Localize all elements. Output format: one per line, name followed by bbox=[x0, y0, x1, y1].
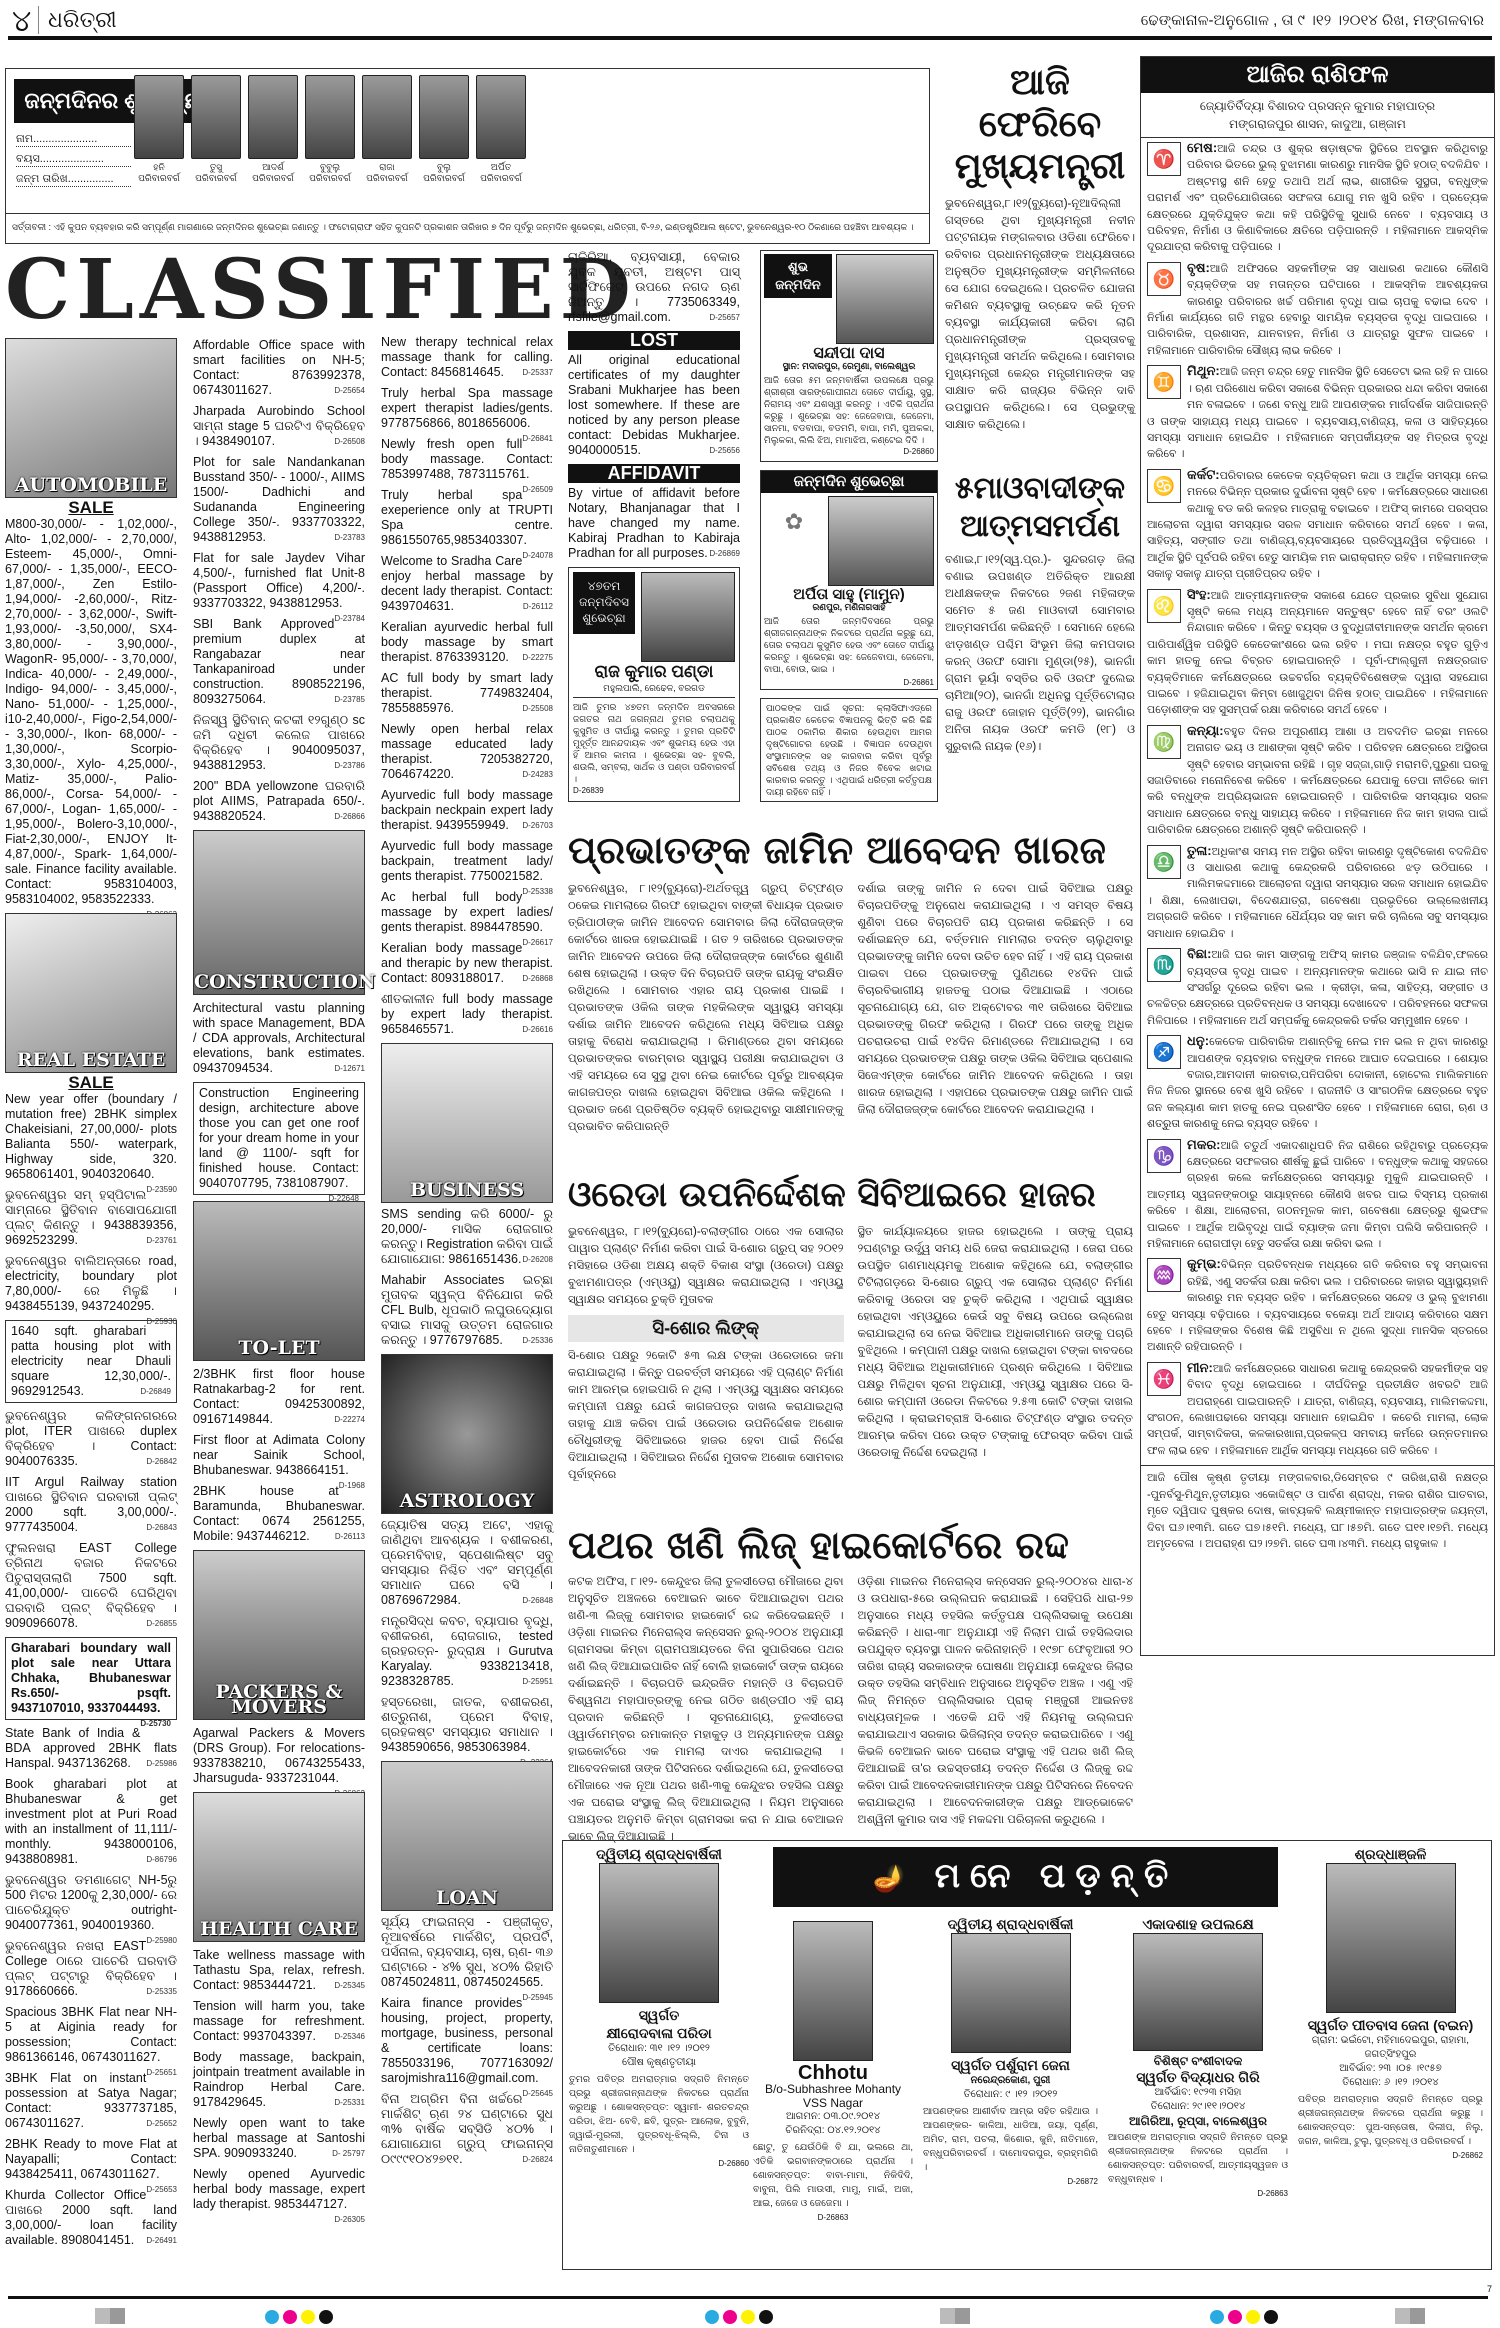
ad-code: D-26872 bbox=[923, 2175, 1098, 2189]
classified-ad: ଜ୍ୟୋତିଷ ସତ୍ୟ ଅଟେ, ଏହାକୁ ଜାଣିଥିବା ଆବଶ୍ୟକ … bbox=[381, 1518, 553, 1608]
obituary-card: ଦ୍ୱିତୀୟ ଶ୍ରାଦ୍ଧବାର୍ଷିକୀ ସ୍ୱର୍ଗତ କ୍ଷୀରୋଦବ… bbox=[569, 1845, 749, 2171]
ad-code: D-1968 bbox=[339, 1478, 365, 1493]
classified-ad: Welcome to Sradha Care enjoy herbal mass… bbox=[381, 554, 553, 614]
classified-ad: 3BHK Flat on instant possession at Satya… bbox=[5, 2071, 177, 2131]
quarry-headline: ପଥର ଖଣି ଲିଜ୍ ହାଇକୋର୍ଟରେ ରଦ୍ଦ bbox=[568, 1520, 1133, 1570]
ad-code: D-26848 bbox=[522, 1593, 553, 1608]
business-image: BUSINESS bbox=[381, 1043, 553, 1203]
ad-code: D-25657 bbox=[709, 310, 740, 325]
cm-headline: ଆଜି ଫେରିବେ ମୁଖ୍ୟମନ୍ତ୍ରୀ bbox=[945, 62, 1135, 188]
libra-icon: ♎ bbox=[1147, 845, 1181, 879]
obituary-name: Chhotu bbox=[753, 2064, 913, 2082]
obituary-prefix: ସ୍ୱର୍ଗତ bbox=[951, 2057, 991, 2073]
footer-rule bbox=[8, 2296, 1488, 2299]
aries-icon: ♈ bbox=[1147, 142, 1181, 176]
registration-marks bbox=[265, 2310, 333, 2324]
sale-heading: SALE bbox=[5, 500, 177, 515]
flower-bouquet-icon: ✿ bbox=[764, 496, 824, 586]
ad-code: D-22274 bbox=[334, 1412, 365, 1427]
prabhat-news-story: ପ୍ରଭାତଙ୍କ ଜାମିନ ଆବେଦନ ଖାରଜ ଭୁବନେଶ୍ୱର, ୮।… bbox=[568, 825, 1133, 1136]
obituary-text: ତୁମର ପବିତ୍ର ଅମରାତ୍ମାର ସଦ୍‌ଗତି ନିମନ୍ତେ ପ୍… bbox=[569, 2073, 749, 2157]
real-estate-label: REAL ESTATE bbox=[6, 1053, 176, 1068]
classified-ad: ହସ୍ତରେଖା, ଜାତକ, ବଶୀକରଣ, ଶତ୍ରୁନାଶ, ପ୍ରେମ … bbox=[381, 1695, 553, 1755]
ad-code: D-24283 bbox=[522, 767, 553, 782]
dob-field: ଜନ୍ମ ତାରିଖ............... bbox=[16, 173, 131, 187]
cyan-dot-icon bbox=[1210, 2310, 1224, 2324]
banner-title: ମନେ ପଡ଼ନ୍ତି bbox=[935, 1857, 1179, 1895]
ad-text: All original educational certificates of… bbox=[568, 353, 740, 457]
classified-ad: 200" BDA yellowzone ଘରବାରି plot AIIMS, P… bbox=[193, 779, 365, 824]
aquarius-icon: ♒ bbox=[1147, 1258, 1181, 1292]
ad-code: D-22275 bbox=[522, 650, 553, 665]
author-place: ମଙ୍ଗରାଜପୁର ଶାସନ, କାଦୁଆ, ଗଞ୍ଜାମ bbox=[1141, 115, 1494, 133]
prabhat-body-col2: ଦର୍ଶାଇ ତାଙ୍କୁ ଜାମିନ ନ ଦେବା ପାଇଁ ସିବିଆଇ ପ… bbox=[858, 881, 1134, 1136]
ad-code: D-23785 bbox=[334, 692, 365, 707]
ad-text: M800-30,000/- - 1,02,000/-, Alto- 1,02,0… bbox=[5, 517, 177, 906]
to-let-label: TO-LET bbox=[194, 1341, 364, 1356]
photo-from: ପରିବାରବର୍ଗ bbox=[419, 173, 469, 184]
obituary-name: ସ୍ୱର୍ଗତ ବିଦ୍ୟାଧର ଗିରି bbox=[1108, 2068, 1288, 2086]
obituary-dates: ତିରୋଧାନ: ୩୧ ।୧୨ ।୨୦୧୨ ପୌଷ କୃଷ୍ଣତୃତୀୟା bbox=[569, 2042, 749, 2070]
horoscope-sign: ♈ମେଷ:ଆଜି ଚନ୍ଦ୍ର ଓ ଶୁକ୍ର ଷଡ଼ାଷ୍ଟକ ସ୍ଥିତିର… bbox=[1141, 138, 1494, 258]
classified-ad: Jharpada Aurobindo School ସାମ୍ନା stage 5… bbox=[193, 404, 365, 449]
photo-name: ଅର୍ପିତ bbox=[476, 162, 526, 173]
classified-ad: 2BHK Ready to move Flat at Nayapalli; Co… bbox=[5, 2137, 177, 2182]
boxed-ad: Gharabari boundary wall plot sale near U… bbox=[5, 1637, 177, 1720]
cancer-icon: ♋ bbox=[1147, 469, 1181, 503]
classified-ad: ଭୁବନେଶ୍ୱର ବାଲିଅନ୍ତାରେ road, electricity,… bbox=[5, 1254, 177, 1314]
classified-ad: Keralian ayurvedic herbal full body mass… bbox=[381, 620, 553, 665]
obituary-place: VSS Nagar bbox=[753, 2096, 913, 2110]
black-dot-icon bbox=[319, 2310, 333, 2324]
classified-ad: Flat for sale Jaydev Vihar 4,500/-, furn… bbox=[193, 551, 365, 611]
obituary-heading: ଏକାଦଶାହ ଉପଲକ୍ଷେ bbox=[1108, 1915, 1288, 1933]
taurus-icon: ♉ bbox=[1147, 262, 1181, 296]
classified-ad: SMS sending କରି 6000/- ରୁ 20,000/- ମାସିକ… bbox=[381, 1207, 553, 1267]
real-estate-image: REAL ESTATE bbox=[5, 913, 177, 1073]
photo-from: ପରିବାରବର୍ଗ bbox=[134, 173, 184, 184]
sign-text: ଆଜି ଜନ୍ମ ଚନ୍ଦ୍ର ହେତୁ ମାନସିକ ସ୍ଥିତି ସେତେଟ… bbox=[1147, 366, 1488, 460]
ad-code: D-25337 bbox=[522, 365, 553, 380]
ad-text: Newly opened Ayurvedic herbal body massa… bbox=[193, 2167, 365, 2211]
yellow-dot-icon bbox=[741, 2310, 755, 2324]
almanac-panjika: ଆଜି ପୌଷ କୃଷ୍ଣ ତୃତୀୟା ମଙ୍ଗଳବାର,ଡିସେମ୍ବର ୯… bbox=[1141, 1465, 1494, 1554]
photo-from: ପରିବାରବର୍ଗ bbox=[191, 173, 241, 184]
obituary-card: ଶ୍ରଦ୍ଧାଞ୍ଜଳି ସ୍ୱର୍ଗତ ପୀତବାସ ଜେନା (ବଇନ) ଗ… bbox=[1298, 1845, 1483, 2163]
photo-name: ଆଦର୍ଶ bbox=[248, 162, 298, 173]
obituary-dates: ଆଗମନ: ୦୩.୦୯.୨୦୧୪ ଚିରନିଦ୍ରା: ୦୪.୧୨.୨୦୧୪ bbox=[753, 2110, 913, 2138]
photo-name: ବୁଲୁ bbox=[419, 162, 469, 173]
obituary-text: ପବିତ୍ର ଅମରାତ୍ମାର ସଦ୍‌ଗତି ନିମନ୍ତେ ପ୍ରଭୁ ଶ… bbox=[1298, 2093, 1483, 2149]
person-name: ଅର୍ପିତା ସାହୁ (ମାମୁନ) bbox=[761, 589, 937, 601]
classified-ad: AC full body by smart lady therapist. 77… bbox=[381, 671, 553, 716]
newspaper-name: ଧରିତ୍ରୀ bbox=[48, 8, 117, 33]
oreda-news-story: ଓରେଡା ଉପନିର୍ଦ୍ଦେଶକ ସିବିଆଇରେ ହାଜର ଭୁବନେଶ୍… bbox=[568, 1172, 1133, 1484]
ad-code: D-26305 bbox=[334, 2212, 365, 2227]
classified-ad: ଚାକିରିଆ, ବ୍ୟବସାୟୀ, ବେକାର ଯୁବକ ଯୁବତୀ, ଅଷ୍… bbox=[568, 250, 740, 325]
astrology-image: ASTROLOGY bbox=[381, 1354, 553, 1514]
obituary-dates: ଆବିର୍ଭାବ: ୨୩ ।୦୫ ।୧୯୫୭ ତିରୋଧାନ: ୬ ।୧୨ ।୨… bbox=[1298, 2062, 1483, 2090]
sign-text: ବହୁତ ଦିନର ଅପୂରଣୀୟ ଆଶା ଓ ଅବଦମିତ ଇଚ୍ଛା ମନର… bbox=[1147, 726, 1488, 836]
cyan-dot-icon bbox=[265, 2310, 279, 2324]
birthday-photo: ଅର୍ପିତପରିବାରବର୍ଗ bbox=[476, 75, 526, 184]
yellow-dot-icon bbox=[1246, 2310, 1260, 2324]
classified-ad: Body massage, backpain, jointpain treatm… bbox=[193, 2050, 365, 2110]
capricorn-icon: ♑ bbox=[1147, 1139, 1181, 1173]
obituary-place: ନରେନ୍ଦ୍ରକୋଣ, ପୁରୀ bbox=[923, 2074, 1098, 2088]
portrait-photo bbox=[599, 1863, 719, 2003]
affidavit-notice: By virtue of affidavit before Notary, Bh… bbox=[568, 486, 740, 561]
ad-code: D-23784 bbox=[334, 611, 365, 626]
ad-code: D-12671 bbox=[334, 1061, 365, 1076]
author-name: ଜ୍ୟୋତିର୍ବିଦ୍ୟା ବିଶାରଦ ପ୍ରସନ୍ନ କୁମାର ମହାପ… bbox=[1141, 97, 1494, 115]
portrait-photo bbox=[1326, 1863, 1456, 2013]
horoscope-panel: ଆଜିର ରାଶିଫଳ ଜ୍ୟୋତିର୍ବିଦ୍ୟା ବିଶାରଦ ପ୍ରସନ୍… bbox=[1140, 56, 1495, 1656]
classified-ad: Ayurvedic full body massage backpain, tr… bbox=[381, 839, 553, 884]
health-care-image: HEALTH CARE bbox=[193, 1792, 365, 1942]
obituary-name: ପର୍ଶୁରାମ ଜେନା bbox=[996, 2057, 1070, 2073]
gray-patch bbox=[95, 2308, 125, 2324]
classified-ad: Truly herbal spa exeperience only at TRU… bbox=[381, 488, 553, 548]
classified-ad: Truly herbal Spa massage expert therapis… bbox=[381, 386, 553, 431]
horoscope-sign: ♋କର୍କଟ:ପରିବାରର କେତେକ ବ୍ୟତିକ୍ରମ କଥା ଓ ଆର୍… bbox=[1141, 465, 1494, 585]
ad-text: ଭୁବନେଶ୍ୱର ବାଲିଅନ୍ତାରେ road, electricity,… bbox=[5, 1254, 177, 1313]
sagittarius-icon: ♐ bbox=[1147, 1035, 1181, 1069]
business-label: BUSINESS bbox=[382, 1183, 552, 1198]
sign-name: ଧନୁ: bbox=[1187, 1033, 1209, 1048]
photo-name: ରାଜା bbox=[362, 162, 412, 173]
classified-column-3: New therapy technical relax massage than… bbox=[381, 335, 553, 2173]
classified-ad: Khurda Collector Office ପାଖରେ 2000 sqft.… bbox=[5, 2188, 177, 2248]
horoscope-sign: ♉ବୃଷ:ଆଜି ଅଫିସରେ ସହକର୍ମୀଙ୍କ ସହ ସାଧାରଣ କଥା… bbox=[1141, 258, 1494, 361]
quarry-body-col2: ଓଡ଼ିଶା ମାଇନର ମିନେରାଲ୍‌ସ କନ୍‌ସେସନ ରୁଲ୍-୨୦… bbox=[858, 1574, 1134, 1846]
obituary-card: Chhotu B/o-Subhashree Mohanty VSS Nagar … bbox=[753, 1921, 913, 2225]
black-dot-icon bbox=[759, 2310, 773, 2324]
maoists-body: ବଣାଇ,୮।୧୨(ସ୍ୱ.ପ୍ର.)- ସୁନ୍ଦରଗଡ଼ ଜିଲା ବଣାଇ… bbox=[945, 552, 1135, 756]
obituary-prefix: ସ୍ୱର୍ଗତ bbox=[569, 2006, 749, 2024]
obituary-name: କ୍ଷୀରୋଦବାଳା ପରିଡା bbox=[569, 2024, 749, 2042]
photo-from: ପରିବାରବର୍ଗ bbox=[476, 173, 526, 184]
sign-name: ମିଥୁନ: bbox=[1187, 363, 1220, 378]
ad-text: ସୂର୍ଯ୍ୟ ଫାଇନାନ୍ସ - ପଞ୍ଜୀକୃତ, ନୂଆବର୍ଷରେ ମ… bbox=[381, 1915, 553, 1989]
virgo-icon: ♍ bbox=[1147, 725, 1181, 759]
loan-label: LOAN bbox=[382, 1891, 552, 1906]
automobile-image: AUTOMOBILE bbox=[5, 338, 177, 498]
coupon-terms: ସର୍ତ୍ତାବଳୀ : ଏହି କୁପନ ବ୍ୟବହାର କରି ସମ୍ପୂର… bbox=[6, 213, 929, 243]
photo-from: ପରିବାରବର୍ଗ bbox=[305, 173, 355, 184]
classified-ad: Book gharabari plot at Bhubaneswar & get… bbox=[5, 1777, 177, 1867]
ad-code: D-86796 bbox=[146, 1852, 177, 1867]
obituary-heading: ଦ୍ୱିତୀୟ ଶ୍ରାଦ୍ଧବାର୍ଷିକୀ bbox=[923, 1915, 1098, 1933]
classified-ad: New year offer (boundary / mutation free… bbox=[5, 1092, 177, 1182]
portrait-photo bbox=[1133, 1933, 1263, 2051]
ad-code: D-25335 bbox=[146, 1984, 177, 1999]
gray-patch bbox=[1395, 2308, 1425, 2324]
page-header: ୪ ଧରିତ୍ରୀ ଢେଙ୍କାନାଳ-ଅନୁଗୋଳ , ତା ୯ ।୧୨ ।୨… bbox=[8, 0, 1492, 40]
birthday-photo: ରାଜାପରିବାରବର୍ଗ bbox=[362, 75, 412, 184]
classified-ad: Mahabir Associates ଇଚ୍ଛା ମୁତାବକ ସ୍ୱଳ୍ପ ବ… bbox=[381, 1273, 553, 1348]
ad-text: New year offer (boundary / mutation free… bbox=[5, 1092, 177, 1181]
ad-code: D-26842 bbox=[146, 1454, 177, 1469]
greeting-text: ଆଜି ତୋର ୫ମ ଜନ୍ମବାର୍ଷିକୀ ଉପଲକ୍ଷେ ପ୍ରଭୁ ଶ୍… bbox=[764, 374, 934, 446]
affidavit-heading: AFFIDAVIT bbox=[568, 464, 740, 483]
ad-code: D-26841 bbox=[522, 431, 553, 446]
sign-text: ଆଜି କର୍ମକ୍ଷେତ୍ରରେ ସାଧାରଣ କଥାକୁ କେନ୍ଦ୍ରକର… bbox=[1147, 1363, 1488, 1457]
oil-lamp-icon: 🪔 bbox=[873, 1863, 915, 1893]
person-place: ମହୁଲପାଲି, ରେଢେଳ, ବରଗଡ bbox=[573, 682, 735, 694]
ad-code: D-23786 bbox=[334, 758, 365, 773]
greetings-column: ଶୁଭ ଜନ୍ମଦିନ ସନ୍ଦୀପା ଦାସ ସ୍ଥାନ: ମଦାରପୁର, … bbox=[760, 250, 938, 802]
classified-ad: Tension will harm you, take massage for … bbox=[193, 1999, 365, 2044]
sign-name: କନ୍ୟା: bbox=[1187, 723, 1224, 738]
lost-notice: All original educational certificates of… bbox=[568, 353, 740, 458]
ad-code: D-25945 bbox=[522, 1990, 553, 2005]
loan-image: LOAN bbox=[381, 1761, 553, 1911]
horoscope-sign: ♓ମୀନ:ଆଜି କର୍ମକ୍ଷେତ୍ରରେ ସାଧାରଣ କଥାକୁ କେନ୍… bbox=[1141, 1358, 1494, 1461]
ad-code: D- 25797 bbox=[332, 2146, 365, 2161]
ad-text: Agarwal Packers & Movers (DRS Group). Fo… bbox=[193, 1726, 365, 1785]
astrology-label: ASTROLOGY bbox=[382, 1494, 552, 1509]
obituary-dates: ତିରୋଧାନ: ୯ ।୧୨ ।୨୦୧୨ bbox=[923, 2088, 1098, 2102]
ad-code: D-26617 bbox=[522, 935, 553, 950]
folio-number: 7 bbox=[1487, 2284, 1492, 2294]
ad-text: Flat for sale Jaydev Vihar 4,500/-, furn… bbox=[193, 551, 365, 610]
classified-ad: 2BHK house at Baramunda, Bhubaneswar. Co… bbox=[193, 1484, 365, 1544]
automobile-label: AUTOMOBILE bbox=[6, 478, 176, 493]
greeting-text: ଆଜି ତୁମର ୪୭ତମ ଜନ୍ମଦିନ ଅବସରରେ ଜଗତର ନାଥ ଜଗ… bbox=[573, 697, 735, 785]
ad-code: D-26868 bbox=[522, 971, 553, 986]
oreda-body-col1a: ଭୁବନେଶ୍ୱର, ୮।୧୨(ବ୍ୟୁରୋ)-ବଲାଙ୍ଗୀର ଠାରେ ଏକ… bbox=[568, 1224, 844, 1309]
maoists-news-story: ୫ମାଓବାଦୀଙ୍କ ଆତ୍ମସମର୍ପଣ ବଣାଇ,୮।୧୨(ସ୍ୱ.ପ୍ର… bbox=[945, 470, 1135, 756]
pisces-icon: ♓ bbox=[1147, 1362, 1181, 1396]
construction-image: CONSTRUCTION bbox=[193, 830, 365, 995]
ad-code: D-26869 bbox=[709, 546, 740, 561]
sign-name: କର୍କଟ: bbox=[1187, 467, 1220, 482]
construction-label: CONSTRUCTION bbox=[194, 975, 364, 990]
classified-ad: ଭୁବନେଶ୍ୱର କଳିଙ୍ଗନଗରରେ plot, ITER ପାଖରେ d… bbox=[5, 1409, 177, 1469]
classified-ad: ନିଜସ୍ୱ ସ୍ଥିତିବାନ୍ କଟକୀ ୧୨ଗୁଣ୍ଠ sc ଜମି ଦଧ… bbox=[193, 713, 365, 773]
ad-code: D-25331 bbox=[334, 2095, 365, 2110]
birthday-coupon: ଜନ୍ମଦିନର ଶୁଭେଚ୍ଛା ନାମ...................… bbox=[5, 68, 930, 244]
birthday-photo: ବୁବୁଲୁପରିବାରବର୍ଗ bbox=[305, 75, 355, 184]
classified-ad: First floor at Adimata Colony near Saini… bbox=[193, 1433, 365, 1478]
classified-ad: Kaira finance provides housing, project,… bbox=[381, 1996, 553, 2086]
classified-ad: Affordable Office space with smart facil… bbox=[193, 338, 365, 398]
quarry-news-story: ପଥର ଖଣି ଲିଜ୍ ହାଇକୋର୍ଟରେ ରଦ୍ଦ କଟକ ଅଫିସ, ୮… bbox=[568, 1520, 1133, 1846]
classified-ad: State Bank of India & BDA approved 2BHK … bbox=[5, 1726, 177, 1771]
portrait-photo bbox=[641, 572, 735, 662]
ad-code: D-25951 bbox=[522, 1674, 553, 1689]
person-place: ସ୍ଥାନ: ମଦାରପୁର, ରେମୁଣା, ବାଲେଶ୍ୱର bbox=[764, 360, 934, 372]
birthday-photo: ତୁସୁପରିବାରବର୍ଗ bbox=[191, 75, 241, 184]
obituary-place: ଗ୍ରାମ: ଭଇଁଟୋ, ମହିମାଦେଇପୁର, ରାହାମା, ଜଗତ୍‌… bbox=[1298, 2034, 1483, 2062]
portrait-photo bbox=[419, 75, 469, 159]
ad-code: D-26703 bbox=[522, 818, 553, 833]
ad-code: D-26861 bbox=[761, 677, 937, 689]
maoists-headline: ୫ମାଓବାଦୀଙ୍କ ଆତ୍ମସମର୍ପଣ bbox=[945, 470, 1135, 546]
sign-text: କେତେକ ପାରିବାରିକ ଅଶାନ୍ତିକୁ ନେଇ ମନ ଭଲ ନ ଥି… bbox=[1147, 1036, 1488, 1130]
photo-name: ହନି bbox=[134, 162, 184, 173]
portrait-photo bbox=[248, 75, 298, 159]
magenta-dot-icon bbox=[283, 2310, 297, 2324]
cyan-dot-icon bbox=[705, 2310, 719, 2324]
ad-code: D-26866 bbox=[334, 809, 365, 824]
portrait-photo bbox=[191, 75, 241, 159]
obituary-card: ଏକାଦଶାହ ଉପଲକ୍ଷେ ବିଶିଷ୍ଟ ବଂଶୀବାଦକ ସ୍ୱର୍ଗତ… bbox=[1108, 1915, 1288, 2201]
ad-code: D-26616 bbox=[522, 1022, 553, 1037]
sign-text: ଆଜି ଚନ୍ଦ୍ର ଓ ଶୁକ୍ର ଷଡ଼ାଷ୍ଟକ ସ୍ଥିତିରେ ଅବସ… bbox=[1147, 143, 1488, 253]
ad-text: Truly herbal Spa massage expert therapis… bbox=[381, 386, 553, 430]
classified-ad: ସୂର୍ଯ୍ୟ ଫାଇନାନ୍ସ - ପଞ୍ଜୀକୃତ, ନୂଆବର୍ଷରେ ମ… bbox=[381, 1915, 553, 1990]
ad-code: D-25653 bbox=[146, 2182, 177, 2197]
classified-ad: Newly open herbal relax massage educated… bbox=[381, 722, 553, 782]
sign-name: ତୁଳା: bbox=[1187, 843, 1212, 858]
gray-patch bbox=[940, 2308, 970, 2324]
obituary-card: ଦ୍ୱିତୀୟ ଶ୍ରାଦ୍ଧବାର୍ଷିକୀ ସ୍ୱର୍ଗତ ପର୍ଶୁରାମ… bbox=[923, 1915, 1098, 2189]
cm-body: ଭୁବନେଶ୍ୱର,୮।୧୨(ବ୍ୟୁରୋ)-ନୂଆଦିଲ୍ଲୀ ଗସ୍ତରେ … bbox=[945, 196, 1135, 434]
ad-code: D-26855 bbox=[146, 1616, 177, 1631]
gemini-icon: ♊ bbox=[1147, 365, 1181, 399]
horoscope-sign: ♐ଧନୁ:କେତେକ ପାରିବାରିକ ଅଶାନ୍ତିକୁ ନେଇ ମନ ଭଲ… bbox=[1141, 1031, 1494, 1134]
ad-code: D-25986 bbox=[146, 1756, 177, 1771]
leo-icon: ♌ bbox=[1147, 589, 1181, 623]
portrait-photo bbox=[793, 1921, 873, 2061]
ad-code: D-25336 bbox=[522, 1333, 553, 1348]
classified-ad: Agarwal Packers & Movers (DRS Group). Fo… bbox=[193, 1726, 365, 1786]
photo-from: ପରିବାରବର୍ଗ bbox=[362, 173, 412, 184]
photo-from: ପରିବାରବର୍ଗ bbox=[248, 173, 298, 184]
name-field: ନାମ..................... bbox=[16, 133, 131, 147]
sign-name: ବିଛା: bbox=[1187, 946, 1211, 961]
ad-code: D-26849 bbox=[140, 1384, 171, 1399]
ad-text: Gharabari boundary wall plot sale near U… bbox=[11, 1641, 171, 1715]
header-divider bbox=[38, 6, 39, 34]
obituary-text: ଆପଣଙ୍କ ଅମରାତ୍ମାର ସଦ୍‌ଗତି ନିମନ୍ତେ ପ୍ରଭୁ ଶ… bbox=[1108, 2131, 1288, 2187]
ad-code: D-26862 bbox=[1298, 2149, 1483, 2163]
birthday-photo: ହନିପରିବାରବର୍ଗ bbox=[134, 75, 184, 184]
ad-code: D-26112 bbox=[523, 599, 553, 614]
portrait-photo bbox=[951, 1933, 1071, 2053]
classified-ad: ମନ୍ତ୍ରସିଦ୍ଧ କବଚ, ବ୍ୟାପାର ବୃଦ୍ଧି, ବଶୀକରଣ,… bbox=[381, 1614, 553, 1689]
ad-text: Ayurvedic full body massage backpain, tr… bbox=[381, 839, 553, 883]
classified-ad: Plot for sale Nandankanan Busstand 350/-… bbox=[193, 455, 365, 545]
photo-name: ତୁସୁ bbox=[191, 162, 241, 173]
birthday-photos: ହନିପରିବାରବର୍ଗ ତୁସୁପରିବାରବର୍ଗ ଆଦର୍ଶପରିବାର… bbox=[134, 75, 526, 184]
ad-code: D-26508 bbox=[334, 434, 365, 449]
boxed-ad: Construction Engineering design, archite… bbox=[193, 1082, 365, 1195]
classified-column-1: AUTOMOBILE SALE M800-30,000/- - 1,02,000… bbox=[5, 338, 177, 2254]
obituaries-section: 🪔 ମନେ ପଡ଼ନ୍ତି ଦ୍ୱିତୀୟ ଶ୍ରାଦ୍ଧବାର୍ଷିକୀ ସ୍… bbox=[562, 1840, 1492, 2270]
ad-code: D-26509 bbox=[522, 482, 553, 497]
sign-text: ଆଜି ଆତ୍ମୀୟମାନଙ୍କ ସକାଶେ ଯେତେ ପ୍ରକାର ସୁବିଧ… bbox=[1147, 590, 1488, 717]
ad-code: D-26843 bbox=[146, 1520, 177, 1535]
birthday-greeting-card: ୪୭ତମ ଜନ୍ମଦିବସ ଶୁଭେଚ୍ଛା ରାଜ କୁମାର ପଣ୍ଡା ମ… bbox=[568, 567, 740, 802]
oreda-body-col1b: ସି-ଶୋର ପକ୍ଷରୁ ୨କୋଟି ୫୩ ଲକ୍ଷ ଟଙ୍କା ଓରେଡାର… bbox=[568, 1348, 844, 1484]
portrait-photo bbox=[828, 496, 934, 586]
classified-ad: ଭୁବନେଶ୍ୱର ସମ୍ ହସ୍ପିଟାଲ ସାମ୍ନାରେ ସ୍ଥିତିବା… bbox=[5, 1188, 177, 1248]
portrait-photo bbox=[362, 75, 412, 159]
birthday-photo: ଆଦର୍ଶପରିବାରବର୍ଗ bbox=[248, 75, 298, 184]
ad-text: ହସ୍ତରେଖା, ଜାତକ, ବଶୀକରଣ, ଶତ୍ରୁନାଶ, ପ୍ରେମ … bbox=[381, 1695, 553, 1754]
obituary-name: ସ୍ୱର୍ଗତ ପୀତବାସ ଜେନା (ବଇନ) bbox=[1298, 2016, 1483, 2034]
classified-ad: Newly opened Ayurvedic herbal body massa… bbox=[193, 2167, 365, 2212]
sign-text: ଆଜି ଅଫିସରେ ସହକର୍ମୀଙ୍କ ସହ ସାଧାରଣ କଥାରେ କୌ… bbox=[1147, 263, 1488, 357]
horoscope-author: ଜ୍ୟୋତିର୍ବିଦ୍ୟା ବିଶାରଦ ପ୍ରସନ୍ନ କୁମାର ମହାପ… bbox=[1141, 93, 1494, 138]
sign-text: ପରିବାରର କେତେକ ବ୍ୟତିକ୍ରମ କଥା ଓ ଆର୍ଥିକ ସମସ… bbox=[1147, 470, 1488, 580]
arpita-birthday-card: ଜନ୍ମଦିନ ଶୁଭେଚ୍ଛା ✿ ଅର୍ପିତା ସାହୁ (ମାମୁନ) … bbox=[760, 470, 938, 690]
classified-ad: ଶୀତକାଳୀନ full body massage by expert lad… bbox=[381, 992, 553, 1037]
to-let-image: TO-LET bbox=[193, 1201, 365, 1361]
ad-code: D-25652 bbox=[146, 2116, 177, 2131]
lost-heading: LOST bbox=[568, 331, 740, 350]
automobile-ad: M800-30,000/- - 1,02,000/-, Alto- 1,02,0… bbox=[5, 517, 177, 907]
ad-code: D-25730 bbox=[140, 1716, 171, 1731]
classified-ad: Ayurvedic full body massage backpain nec… bbox=[381, 788, 553, 833]
classified-ad: Newly open want to take herbal massage a… bbox=[193, 2116, 365, 2161]
greeting-tag: ୪୭ତମ ଜନ୍ମଦିବସ ଶୁଭେଚ୍ଛା bbox=[573, 572, 635, 634]
ad-code: D-26860 bbox=[764, 446, 934, 458]
classified-column-4: ଚାକିରିଆ, ବ୍ୟବସାୟୀ, ବେକାର ଯୁବକ ଯୁବତୀ, ଅଷ୍… bbox=[568, 250, 740, 802]
horoscope-sign: ♑ମକର:ଆଜି ଚତୁର୍ଥ ଏକାଦଶାଧିପତି ନିଜ ରାଶିରେ ର… bbox=[1141, 1135, 1494, 1255]
person-name: ରାଜ କୁମାର ପଣ୍ଡା bbox=[573, 666, 735, 678]
obituary-heading: ଦ୍ୱିତୀୟ ଶ୍ରାଦ୍ଧବାର୍ଷିକୀ bbox=[569, 1845, 749, 1863]
obituary-heading: ଶ୍ରଦ୍ଧାଞ୍ଜଳି bbox=[1298, 1845, 1483, 1863]
packers-label: PACKERS & MOVERS bbox=[194, 1685, 364, 1715]
greeting-tag: ଜନ୍ମଦିନ ଶୁଭେଚ୍ଛା bbox=[761, 471, 937, 493]
oreda-subhead: ସି-ଶୋର ଲିଙ୍କ୍ bbox=[568, 1315, 844, 1342]
sign-name: ବୃଷ: bbox=[1187, 260, 1210, 275]
obituary-place: ଆଗିରିଆ, ରୂପ୍ସା, ବାଲେଶ୍ୱର bbox=[1108, 2114, 1288, 2128]
ad-code: D-25508 bbox=[522, 701, 553, 716]
portrait-photo bbox=[476, 75, 526, 159]
obituary-dates: ଆର୍ବିର୍ଭାବ: ୧୯୨୩ ମସିହା ତିରୋଧାନ: ୨୯।୧୧।୨୦… bbox=[1108, 2086, 1288, 2114]
sign-name: ମୀନ: bbox=[1187, 1360, 1213, 1375]
horoscope-title: ଆଜିର ରାଶିଫଳ bbox=[1141, 57, 1494, 93]
age-field: ବୟସ..................... bbox=[16, 153, 131, 167]
ad-code: D-24078 bbox=[522, 548, 553, 563]
packers-movers-image: PACKERS & MOVERS bbox=[193, 1550, 365, 1720]
sale-heading: SALE bbox=[5, 1075, 177, 1090]
birthday-photo: ବୁଲୁପରିବାରବର୍ଗ bbox=[419, 75, 469, 184]
ad-code: D-26860 bbox=[569, 2157, 749, 2171]
classified-title-a: CLASSIFI bbox=[5, 242, 491, 338]
classified-ad: 2/3BHK first floor house Ratnakarbag-2 f… bbox=[193, 1367, 365, 1427]
prabhat-headline: ପ୍ରଭାତଙ୍କ ଜାମିନ ଆବେଦନ ଖାରଜ bbox=[568, 825, 1133, 875]
classified-ad: ଭୁବନେଶ୍ୱର ନଖରା EAST College ଠାରେ ପାଚେରି … bbox=[5, 1939, 177, 1999]
horoscope-sign: ♎ତୁଳା:ଅଧିକାଂଶ ସମୟ ମନ ଅସ୍ଥିର ରହିବା କାରଣରୁ… bbox=[1141, 841, 1494, 944]
sign-name: ମକର: bbox=[1187, 1137, 1221, 1152]
classified-ad: ବିନା ଅଗ୍ରିମ ବିନା ଖର୍ଚ୍ଚରେ ମାର୍କଶିଟ୍ ଋଣ ୨… bbox=[381, 2092, 553, 2167]
magenta-dot-icon bbox=[1228, 2310, 1242, 2324]
oreda-body-col2: ସ୍ଥିତ କାର୍ଯ୍ୟାଳୟରେ ହାଜର ହୋଇଥିଲେ । ତାଙ୍କୁ… bbox=[858, 1224, 1134, 1484]
ad-text: Kaira finance provides housing, project,… bbox=[381, 1996, 553, 2085]
obituary-banner: 🪔 ମନେ ପଡ଼ନ୍ତି bbox=[773, 1847, 1278, 1907]
portrait-photo bbox=[836, 254, 934, 344]
ad-text: Spacious 3BHK Flat near NH-5 at Aiginia … bbox=[5, 2005, 177, 2064]
edition-date: ଢେଙ୍କାନାଳ-ଅନୁଗୋଳ , ତା ୯ ।୧୨ ।୨୦୧୪ ରିଖ, ମ… bbox=[1141, 12, 1484, 29]
ad-code: D-25338 bbox=[522, 884, 553, 899]
classified-ad: Take wellness massage with Tathastu Spa,… bbox=[193, 1948, 365, 1993]
black-dot-icon bbox=[1264, 2310, 1278, 2324]
person-name: ସନ୍ଦୀପା ଦାସ bbox=[764, 348, 934, 360]
greeting-tag: ଶୁଭ ଜନ୍ମଦିନ bbox=[764, 254, 832, 298]
classified-ad: ଭୁବନେଶ୍ୱର ଡମଣାଗେଟ୍ NH-5ରୁ 500 ମିଟର 1200କ… bbox=[5, 1873, 177, 1933]
sign-text: ଅଧିକାଂଶ ସମୟ ମନ ଅସ୍ଥିର ରହିବା କାରଣରୁ ଦୃଷ୍ଟ… bbox=[1147, 846, 1488, 940]
ad-code: D-25930 bbox=[146, 1314, 177, 1329]
ad-code: D-25651 bbox=[146, 2065, 177, 2080]
boxed-ad: 1640 sqft. gharabari patta housing plot … bbox=[5, 1320, 177, 1403]
oreda-headline: ଓରେଡା ଉପନିର୍ଦ୍ଦେଶକ ସିବିଆଇରେ ହାଜର bbox=[568, 1172, 1133, 1218]
